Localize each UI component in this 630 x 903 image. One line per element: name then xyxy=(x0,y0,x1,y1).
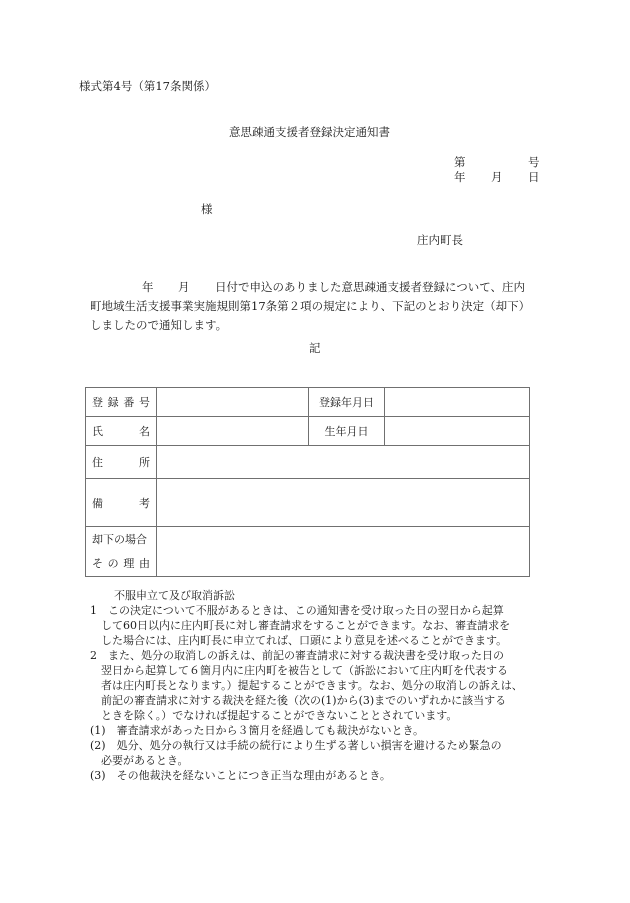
label-char: 登 xyxy=(92,394,103,410)
doc-number-prefix: 第 xyxy=(454,157,466,169)
name-label: 氏 名 xyxy=(86,417,157,446)
sender-name: 庄内町長 xyxy=(417,235,463,247)
date-year: 年 xyxy=(454,172,466,184)
ki-marker: 記 xyxy=(309,343,321,355)
label-char: 名 xyxy=(139,423,150,439)
reject-reason-label: 却下の場合 そ の 理 由 xyxy=(86,527,157,577)
label-char: 考 xyxy=(139,495,150,511)
label-char: の xyxy=(108,552,119,576)
label-char: 録 xyxy=(108,394,119,410)
reject-reason-value[interactable] xyxy=(157,527,530,577)
note-line: 2 また、処分の取消しの訴えは、前記の審査請求に対する裁決書を受け取った日の xyxy=(90,648,540,663)
label-char: 住 xyxy=(92,454,103,470)
registration-table: 登 録 番 号 登録年月日 氏 名 生年月日 住 所 xyxy=(85,387,530,577)
label-char: 号 xyxy=(139,394,150,410)
note-line: 1 この決定について不服があるときは、この通知書を受け取った日の翌日から起算 xyxy=(90,603,540,618)
label-char: 氏 xyxy=(92,423,103,439)
reject-label-line-2: そ の 理 由 xyxy=(92,552,150,576)
name-value[interactable] xyxy=(157,417,309,446)
label-char: そ xyxy=(92,552,103,576)
remarks-label: 備 考 xyxy=(86,479,157,527)
reject-label-line-1: 却下の場合 xyxy=(92,528,150,552)
note-line: (1) 審査請求があった日から３箇月を経過しても裁決がないとき。 xyxy=(90,723,540,738)
reg-number-value[interactable] xyxy=(157,388,309,417)
remarks-value[interactable] xyxy=(157,479,530,527)
body-line-1: 日付で申込のありました意思疎通支援者登録について、庄内 xyxy=(215,282,525,294)
label-char: 番 xyxy=(123,394,134,410)
note-line: (2) 処分、処分の執行又は手続の続行により生ずる著しい損害を避けるため緊急の xyxy=(90,738,540,753)
date-day: 日 xyxy=(528,172,540,184)
label-char: 備 xyxy=(92,495,103,511)
label-char: 理 xyxy=(123,552,134,576)
address-label: 住 所 xyxy=(86,446,157,479)
note-line: 翌日から起算して６箇月内に庄内町を被告として（訴訟において庄内町を代表する xyxy=(90,663,540,678)
reg-date-value[interactable] xyxy=(385,388,530,417)
form-number: 様式第4号（第17条関係） xyxy=(79,81,216,93)
doc-number-suffix: 号 xyxy=(528,157,540,169)
reg-date-label: 登録年月日 xyxy=(309,388,385,417)
appeal-notes: 不服申立て及び取消訴訟 1 この決定について不服があるときは、この通知書を受け取… xyxy=(90,588,540,783)
body-line-2: 町地域生活支援事業実施規則第17条第２項の規定により、下記のとおり決定（却下） xyxy=(90,301,530,313)
body-year: 年 xyxy=(142,282,154,294)
birth-date-label: 生年月日 xyxy=(309,417,385,446)
note-line: 前記の審査請求に対する裁決を経た後（次の(1)から(3)までのいずれかに該当する xyxy=(90,693,540,708)
note-line: して60日以内に庄内町長に対し審査請求をすることができます。なお、審査請求を xyxy=(90,618,540,633)
address-value[interactable] xyxy=(157,446,530,479)
document-title: 意思疎通支援者登録決定通知書 xyxy=(229,127,390,139)
note-line: (3) その他裁決を経ないことにつき正当な理由があるとき。 xyxy=(90,768,540,783)
label-char: 所 xyxy=(139,454,150,470)
date-month: 月 xyxy=(491,172,503,184)
notes-heading: 不服申立て及び取消訴訟 xyxy=(90,588,540,603)
note-line: した場合には、庄内町長に申立てれば、口頭により意見を述べることができます。 xyxy=(90,633,540,648)
body-line-3: しましたので通知します。 xyxy=(90,320,227,332)
recipient-suffix: 様 xyxy=(201,204,213,216)
note-line: 者は庄内町長となります。）提起することができます。なお、処分の取消しの訴えは、 xyxy=(90,678,540,693)
birth-date-value[interactable] xyxy=(385,417,530,446)
label-char: 由 xyxy=(139,552,150,576)
body-month: 月 xyxy=(178,282,190,294)
note-line: 必要があるとき。 xyxy=(90,753,540,768)
reg-number-label: 登 録 番 号 xyxy=(86,388,157,417)
note-line: ときを除く。）でなければ提起することができないこととされています。 xyxy=(90,708,540,723)
